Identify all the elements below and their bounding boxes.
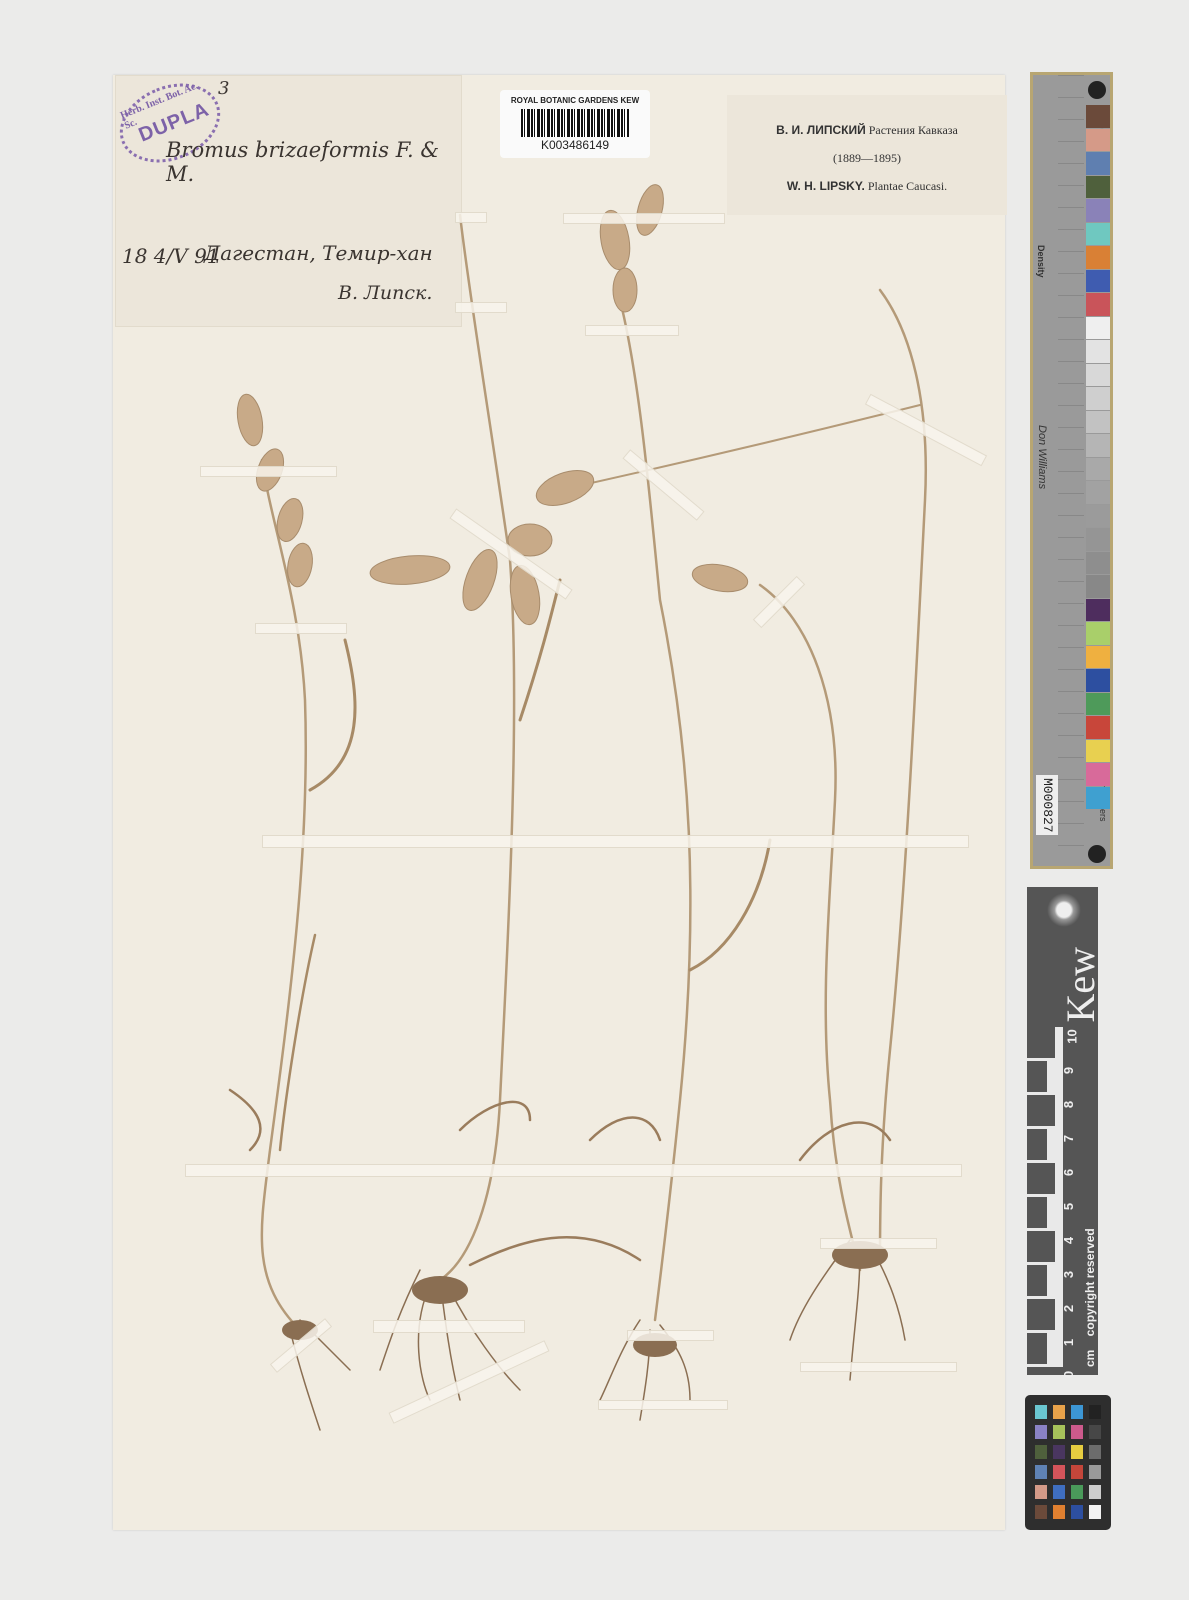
color-swatch <box>1086 411 1110 434</box>
checker-patch <box>1035 1485 1047 1499</box>
brand-label: Don Williams <box>1036 425 1048 489</box>
color-swatch <box>1086 740 1110 763</box>
color-swatch <box>1086 340 1110 363</box>
color-swatch <box>1086 223 1110 246</box>
mounting-tape <box>598 1400 728 1410</box>
color-swatch <box>1086 669 1110 692</box>
checker-patch <box>1035 1505 1047 1519</box>
color-swatch <box>1086 787 1110 810</box>
color-swatch <box>1086 528 1110 551</box>
kew-crest-icon <box>1047 893 1081 927</box>
color-swatch <box>1086 599 1110 622</box>
checker-patch <box>1089 1505 1101 1519</box>
checker-patch <box>1089 1485 1101 1499</box>
color-swatch <box>1086 505 1110 528</box>
color-swatch <box>1086 199 1110 222</box>
kew-scale-bar: Kew 10 9 8 7 6 5 4 3 2 1 0 cm copyright … <box>1027 887 1098 1375</box>
grass-specimens <box>0 0 1010 1540</box>
checker-patch <box>1071 1465 1083 1479</box>
checker-patch <box>1035 1445 1047 1459</box>
mounting-tape <box>563 213 725 224</box>
density-label: Density <box>1036 245 1046 278</box>
checker-patch <box>1071 1485 1083 1499</box>
color-swatch <box>1086 622 1110 645</box>
color-swatch <box>1086 763 1110 786</box>
mounting-tape <box>627 1330 714 1341</box>
checker-patch <box>1035 1425 1047 1439</box>
checker-patch <box>1089 1445 1101 1459</box>
color-swatch <box>1086 387 1110 410</box>
scale-ticks <box>1058 75 1084 866</box>
color-swatch <box>1086 364 1110 387</box>
checker-patch <box>1089 1465 1101 1479</box>
checker-patch <box>1035 1465 1047 1479</box>
copyright-text: cm copyright reserved <box>1083 1037 1097 1367</box>
color-swatch <box>1086 716 1110 739</box>
color-swatch <box>1086 481 1110 504</box>
chart-code: M000827 <box>1036 775 1058 835</box>
checker-patch <box>1035 1405 1047 1419</box>
color-swatch <box>1086 176 1110 199</box>
checker-patch <box>1089 1405 1101 1419</box>
checker-patch <box>1053 1405 1065 1419</box>
mounting-tape <box>455 302 507 313</box>
checker-patch <box>1053 1425 1065 1439</box>
color-swatch <box>1086 552 1110 575</box>
color-swatch <box>1086 270 1110 293</box>
mounting-tape <box>820 1238 937 1249</box>
checker-patch <box>1089 1425 1101 1439</box>
mounting-tape <box>255 623 347 634</box>
kew-logo: Kew <box>1057 947 1104 1023</box>
color-swatch <box>1086 293 1110 316</box>
mounting-tape <box>373 1320 525 1333</box>
color-swatch <box>1086 575 1110 598</box>
color-swatch <box>1086 434 1110 457</box>
checker-patch <box>1053 1485 1065 1499</box>
color-calibration-bar: inches centimeters Don Williams Density … <box>1030 72 1113 869</box>
color-swatch <box>1086 646 1110 669</box>
mounting-tape <box>185 1164 962 1177</box>
checker-patch <box>1071 1445 1083 1459</box>
color-swatch <box>1086 105 1110 128</box>
color-checker-card <box>1025 1395 1111 1530</box>
mounting-tape <box>800 1362 957 1372</box>
checker-patch <box>1071 1505 1083 1519</box>
color-swatch <box>1086 129 1110 152</box>
checker-patch <box>1071 1405 1083 1419</box>
mounting-tape <box>262 835 969 848</box>
mounting-tape <box>200 466 337 477</box>
cm-ruler <box>1027 1027 1063 1367</box>
checker-patch <box>1053 1505 1065 1519</box>
color-swatch <box>1086 458 1110 481</box>
checker-patch <box>1071 1425 1083 1439</box>
mounting-tape <box>585 325 679 336</box>
color-swatch <box>1086 246 1110 269</box>
color-swatch <box>1086 152 1110 175</box>
registration-dot-icon <box>1088 81 1106 99</box>
color-swatch <box>1086 693 1110 716</box>
checker-patch <box>1053 1465 1065 1479</box>
color-swatch <box>1086 317 1110 340</box>
registration-dot-icon <box>1088 845 1106 863</box>
checker-patch <box>1053 1445 1065 1459</box>
mounting-tape <box>455 212 487 223</box>
